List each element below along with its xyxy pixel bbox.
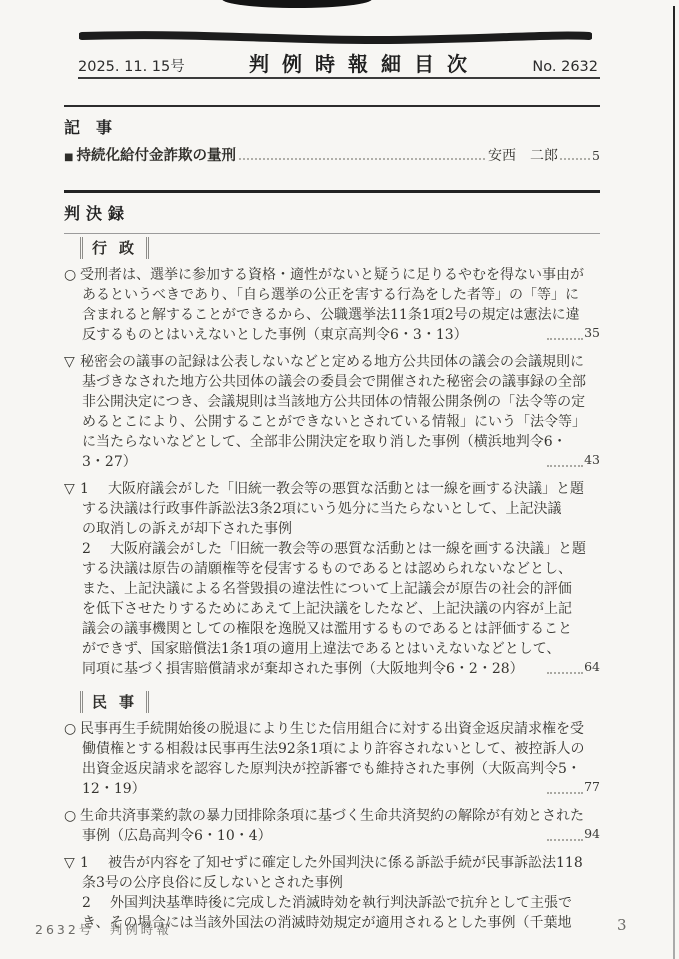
entry-text: 非公開決定につき、会議規則は当該地方公共団体の情報公開条例の「法令等の定 [82,394,585,410]
issue-date: 2025. 11. 15号 [64,55,228,76]
dot-leader [547,672,583,674]
entry-text: 大阪府議会がした「旧統一教会等の悪質な活動とは一線を画する決議」と題 [110,541,586,557]
footer-issue-label: 2632号 判例時報 [35,920,172,938]
toc-line: に当たらないなどとして、全部非公開決定を取り消した事例（横浜地判令6・ [64,432,600,452]
circle-marker: ○ [64,719,80,739]
category-civil: 民事 [80,691,600,713]
toc-line: 非公開決定につき、会議規則は当該地方公共団体の情報公開条例の「法令等の定 [64,392,600,412]
header-thick-rule [79,30,592,46]
entry-text: 大阪府議会がした「旧統一教会等の悪質な活動とは一線を画する決議」と題 [108,481,584,497]
entry-text: を低下させたりするためにあえて上記決議をしたなど、上記決議の内容が上記 [82,601,572,617]
entry-text: 生命共済事業約款の暴力団排除条項に基づく生命共済契約の解除が有効とされた [80,808,584,824]
toc-entry: ○生命共済事業約款の暴力団排除条項に基づく生命共済契約の解除が有効とされた 事例… [64,806,600,846]
entry-text: の取消しの訴えが却下された事例 [82,521,292,537]
toc-line: 事例（広島高判令6・10・4）94 [64,826,600,846]
triangle-marker: ▽ [64,853,80,873]
subitem-number: 1 [80,479,96,499]
entry-text: 民事再生手続開始後の脱退により生じた信用組合に対する出資金返戻請求権を受 [80,721,584,737]
entry-text: あるというべきであり、「自ら選挙の公正を害する行為をした者等」の「等」に [82,287,579,303]
triangle-marker: ▽ [64,479,80,499]
dot-leader [547,839,583,841]
entry-text: 受刑者は、選挙に参加する資格・適性がないと疑うに足りるやむを得ない事由が [80,267,584,283]
entry-text: 含まれると解することができるから、公職選挙法11条1項2号の規定は憲法に違 [82,307,580,323]
page-reference: 43 [543,450,600,470]
toc-line: 同項に基づく損害賠償請求が棄却された事例（大阪地判令6・2・28）64 [64,659,600,679]
entry-text: ができず、国家賠償法1条1項の適用上違法であるとはいえないなどとして、 [82,641,560,657]
entry-text: 被告が内容を了知せずに確定した外国判決に係る訴訟手続が民事訴訟法118 [108,855,583,871]
circle-marker: ○ [64,806,80,826]
toc-line: 働債権とする相殺は民事再生法92条1項により許容されないとして、被控訴人の [64,739,600,759]
entry-text: 3・27） [82,454,137,470]
toc-line: ができず、国家賠償法1条1項の適用上違法であるとはいえないなどとして、 [64,639,600,659]
articles-heading: 記事 [64,116,600,140]
scan-edge-artifact [222,0,372,8]
category-administrative: 行政 [80,237,600,259]
toc-line: の取消しの訴えが却下された事例 [64,519,600,539]
toc-line: 3・27）43 [64,452,600,472]
toc-line: する決議は行政事件訴訟法3条2項にいう処分に当たらないとして、上記決議 [64,499,600,519]
toc-line: ▽秘密会の議事の記録は公表しないなどと定める地方公共団体の議会の会議規則に [64,352,600,372]
toc-line: あるというべきであり、「自ら選挙の公正を害する行為をした者等」の「等」に [64,285,600,305]
toc-line: ○受刑者は、選挙に参加する資格・適性がないと疑うに足りるやむを得ない事由が [64,265,600,285]
section-divider [64,233,600,234]
toc-line: 条3号の公序良俗に反しないとされた事例 [64,873,600,893]
entry-text: また、上記決議による名誉毀損の違法性について上記議会が原告の社会的評価 [82,581,572,597]
category-heading: 行政 [80,237,149,259]
toc-line: めるとこにより、公開することができないとされている情報」にいう「法令等」 [64,412,600,432]
entry-text: 働債権とする相殺は民事再生法92条1項により許容されないとして、被控訴人の [82,741,584,757]
toc-line: ○民事再生手続開始後の脱退により生じた信用組合に対する出資金返戻請求権を受 [64,719,600,739]
entry-text: する決議は行政事件訴訟法3条2項にいう処分に当たらないとして、上記決議 [82,501,562,517]
entry-text: 反するものとはいえないとした事例（東京高判令6・3・13） [82,327,468,343]
entry-text: 事例（広島高判令6・10・4） [82,828,272,844]
dot-leader [547,465,583,467]
toc-line: ○生命共済事業約款の暴力団排除条項に基づく生命共済契約の解除が有効とされた [64,806,600,826]
toc-entry: ○民事再生手続開始後の脱退により生じた信用組合に対する出資金返戻請求権を受 働債… [64,719,600,799]
toc-line: 2大阪府議会がした「旧統一教会等の悪質な活動とは一線を画する決議」と題 [64,539,600,559]
toc-line: する決議は原告の請願権等を侵害するものであるとは認められないなどとし、 [64,559,600,579]
page-reference: 77 [543,777,600,797]
entry-text: めるとこにより、公開することができないとされている情報」にいう「法令等」 [82,414,586,430]
triangle-marker: ▽ [64,352,80,372]
issue-number: No. 2632 [488,59,600,75]
article-title: 持続化給付金詐欺の量刑 [76,145,236,167]
dot-leader [239,158,485,160]
entry-text: 基づきなされた地方公共団体の議会の委員会で開催された秘密会の議事録の全部 [82,374,586,390]
header-underline [78,77,600,79]
entry-text: 12・19） [82,781,146,797]
footer-page-number: 3 [617,916,627,934]
dot-leader [547,792,583,794]
judgments-heading: 判決録 [64,202,600,226]
entry-text: 秘密会の議事の記録は公表しないなどと定める地方公共団体の議会の会議規則に [80,354,584,370]
section-divider [64,105,600,107]
entry-text: 議会の議事機関としての権限を逸脱又は濫用するものであるとは評価すること [82,621,572,637]
toc-line: ▽1被告が内容を了知せずに確定した外国判決に係る訴訟手続が民事訴訟法118 [64,853,600,873]
entry-text: に当たらないなどとして、全部非公開決定を取り消した事例（横浜地判令6・ [82,434,567,450]
subitem-number: 2 [82,893,98,913]
toc-line: を低下させたりするためにあえて上記決議をしたなど、上記決議の内容が上記 [64,599,600,619]
circle-marker: ○ [64,265,80,285]
entry-text: 条3号の公序良俗に反しないとされた事例 [82,875,343,891]
entry-text: する決議は原告の請願権等を侵害するものであるとは認められないなどとし、 [82,561,572,577]
toc-line: 基づきなされた地方公共団体の議会の委員会で開催された秘密会の議事録の全部 [64,372,600,392]
table-of-contents: 記事 ■ 持続化給付金詐欺の量刑 安西 二郎 5 判決録 行政 ○受刑者は、選挙… [64,105,600,940]
subitem-number: 1 [80,853,96,873]
section-divider [64,190,600,193]
entry-text: 出資金返戻請求を認容した原判決が控訴審でも維持された事例（大阪高判令5・ [82,761,581,777]
page-reference: 94 [543,824,600,844]
dot-leader [547,338,583,340]
page-reference: 64 [543,657,600,677]
page-header: 2025. 11. 15号 判例時報細目次 No. 2632 [64,48,600,77]
subitem-number: 2 [82,539,98,559]
entry-text: 外国判決基準時後に完成した消滅時効を執行判決訴訟で抗弁として主張で [110,895,572,911]
scan-edge-line [673,6,675,959]
toc-entry: ▽秘密会の議事の記録は公表しないなどと定める地方公共団体の議会の会議規則に 基づ… [64,352,600,472]
article-author: 安西 二郎 [488,145,558,167]
article-entry: ■ 持続化給付金詐欺の量刑 安西 二郎 5 [64,145,600,169]
page-reference: 35 [543,323,600,343]
toc-line: 2外国判決基準時後に完成した消滅時効を執行判決訴訟で抗弁として主張で [64,893,600,913]
toc-line: 議会の議事機関としての権限を逸脱又は濫用するものであるとは評価すること [64,619,600,639]
entry-text: 同項に基づく損害賠償請求が棄却された事例（大阪地判令6・2・28） [82,661,524,677]
toc-line: ▽1大阪府議会がした「旧統一教会等の悪質な活動とは一線を画する決議」と題 [64,479,600,499]
toc-line: 12・19）77 [64,779,600,799]
toc-line: 含まれると解することができるから、公職選挙法11条1項2号の規定は憲法に違 [64,305,600,325]
toc-line: 出資金返戻請求を認容した原判決が控訴審でも維持された事例（大阪高判令5・ [64,759,600,779]
square-bullet-icon: ■ [64,147,73,169]
toc-line: また、上記決議による名誉毀損の違法性について上記議会が原告の社会的評価 [64,579,600,599]
toc-entry: ○受刑者は、選挙に参加する資格・適性がないと疑うに足りるやむを得ない事由が ある… [64,265,600,345]
page-reference: 5 [592,145,600,167]
category-heading: 民事 [80,691,149,713]
toc-line: 反するものとはいえないとした事例（東京高判令6・3・13）35 [64,325,600,345]
page-title: 判例時報細目次 [228,48,488,77]
dot-leader [560,158,590,160]
toc-entry: ▽1大阪府議会がした「旧統一教会等の悪質な活動とは一線を画する決議」と題 する決… [64,479,600,679]
